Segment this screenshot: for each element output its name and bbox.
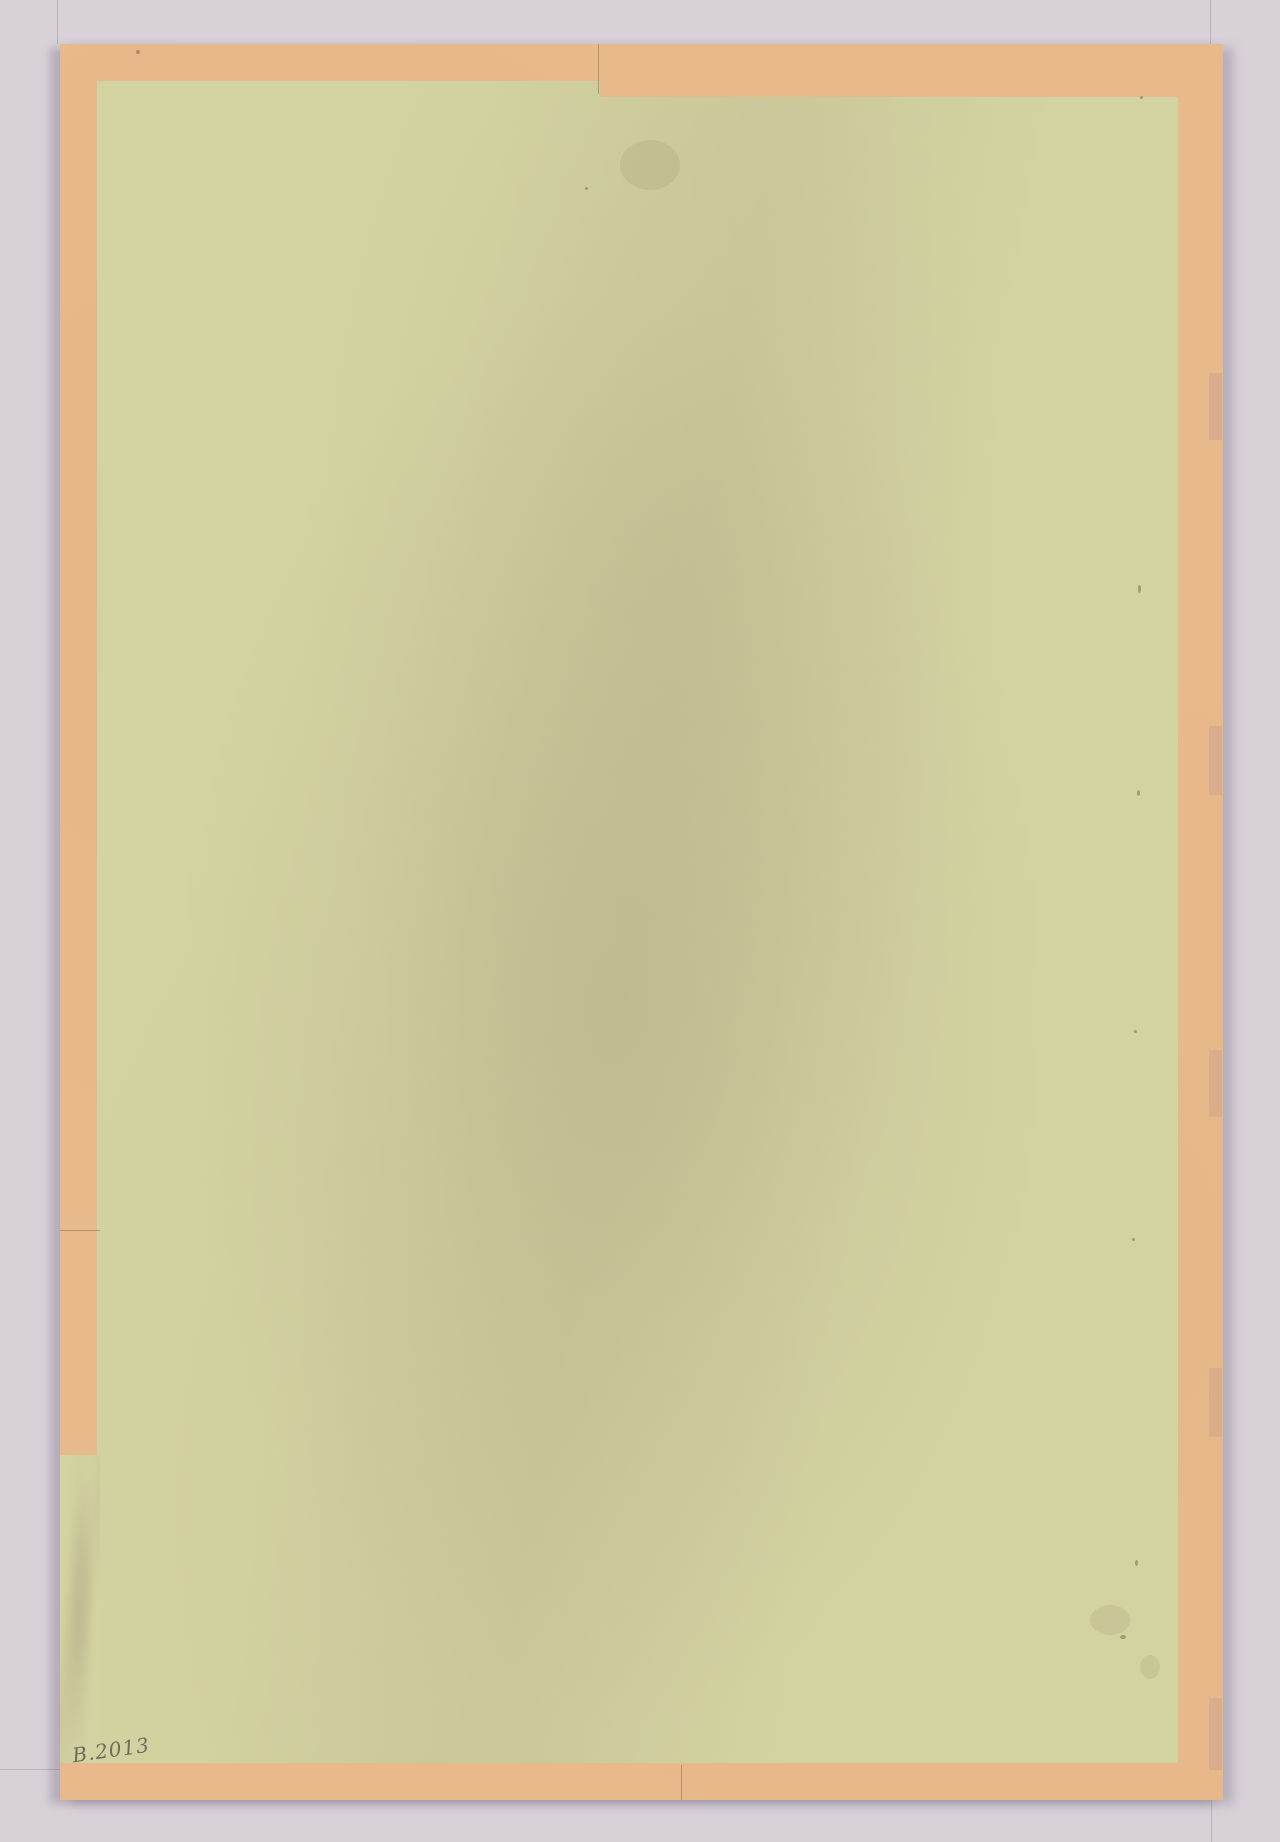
paper-speck bbox=[136, 50, 140, 54]
top-tape-overlap bbox=[600, 81, 1178, 97]
right-tape-tab-4 bbox=[1209, 1368, 1222, 1437]
paper-speck bbox=[1140, 96, 1143, 99]
bottom-tape-seam bbox=[681, 1765, 682, 1800]
paper-speck bbox=[1138, 585, 1141, 593]
paper-speck bbox=[1132, 1238, 1135, 1241]
top-tape-seam bbox=[598, 44, 599, 94]
background-guide-line-bottom-right bbox=[1211, 1800, 1212, 1842]
paper-left-exposed-strip bbox=[60, 1455, 100, 1763]
right-tape-tab-3 bbox=[1209, 1050, 1222, 1117]
paper-speck bbox=[1120, 1635, 1126, 1639]
left-tape-seam bbox=[60, 1230, 100, 1231]
paper-speck bbox=[585, 187, 588, 190]
background-guide-line-bottom-left bbox=[0, 1769, 60, 1770]
right-tape-tab-2 bbox=[1209, 726, 1222, 795]
right-tape-tab-5 bbox=[1209, 1698, 1222, 1770]
right-tape-tab-1 bbox=[1209, 373, 1222, 440]
paper-speck bbox=[1134, 1030, 1137, 1033]
background-guide-line-right bbox=[1210, 0, 1211, 44]
green-paper-sheet bbox=[97, 81, 1178, 1763]
paper-speck bbox=[1135, 1560, 1138, 1566]
paper-stain bbox=[1090, 1605, 1130, 1635]
paper-stain bbox=[620, 140, 680, 190]
background-guide-line-left bbox=[57, 0, 58, 44]
paper-stain bbox=[1140, 1655, 1160, 1679]
paper-speck bbox=[1137, 790, 1140, 796]
